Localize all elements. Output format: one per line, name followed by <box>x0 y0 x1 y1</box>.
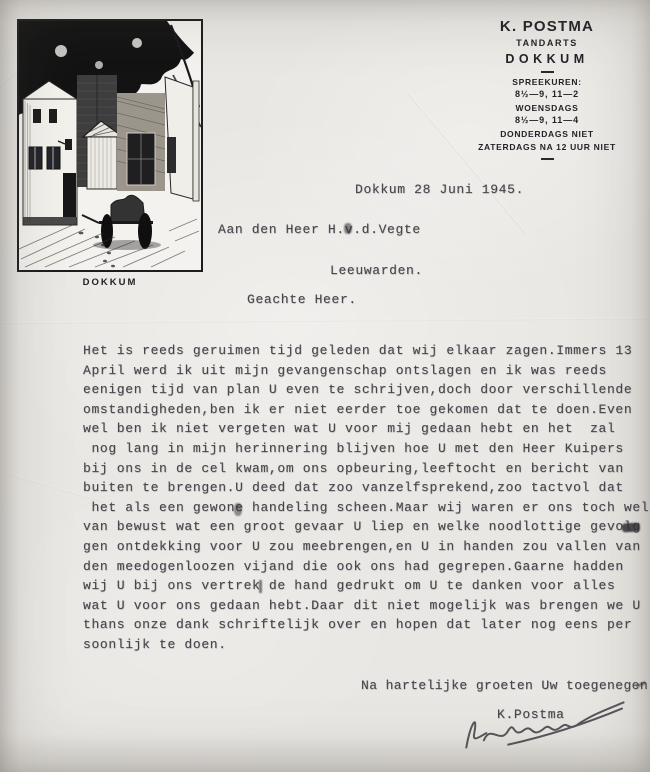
typed-line-14: wat U voor ons gedaan hebt.Daar dit niet… <box>83 596 649 616</box>
typed-line-4: omstandigheden,ben ik er niet eerder toe… <box>83 400 649 420</box>
dokkum-street-etching <box>17 19 203 272</box>
dateline: Dokkum 28 Juni 1945. <box>355 182 524 197</box>
etching-drawing <box>19 21 201 270</box>
salutation: Geachte Heer. <box>247 292 357 307</box>
typed-line-6: nog lang in mijn herinnering blijven hoe… <box>83 439 649 459</box>
letterhead-hours-day: WOENSDAGS <box>456 103 638 113</box>
closing: Na hartelijke groeten Uw toegenegen <box>361 678 648 693</box>
letterhead-divider <box>541 158 554 160</box>
letterhead-divider <box>541 71 554 73</box>
typed-line-15: thans onze dank schriftelijk over en hop… <box>83 615 649 635</box>
typed-line-1: Het is reeds geruimen tijd geleden dat w… <box>83 341 649 361</box>
letterhead-city: DOKKUM <box>456 52 638 66</box>
letterhead-hours-2: 8½—9, 11—4 <box>456 115 638 125</box>
typed-line-5: wel ben ik niet vergeten wat U voor mij … <box>83 419 649 439</box>
addressee: Aan den Heer H.v.d.Vegte <box>218 222 421 237</box>
typed-line-2: April werd ik uit mijn gevangenschap ont… <box>83 361 649 381</box>
letter-body: Het is reeds geruimen tijd geleden dat w… <box>83 341 649 655</box>
etching-caption: DOKKUM <box>17 277 203 288</box>
scanned-letter-page: DOKKUM K. POSTMA TANDARTS DOKKUM SPREEKU… <box>0 0 650 772</box>
typed-line-8: buiten te brengen.U deed dat zoo vanzelf… <box>83 478 649 498</box>
letterhead-closed-1: DONDERDAGS NIET <box>456 129 638 139</box>
letterhead-hours-label: SPREEKUREN: <box>456 77 638 87</box>
letterhead: K. POSTMA TANDARTS DOKKUM SPREEKUREN: 8½… <box>456 18 638 164</box>
addressee-city: Leeuwarden. <box>330 263 423 278</box>
typed-line-12: den meedogenloozen vijand die ook ons ha… <box>83 557 649 577</box>
paper-crease <box>0 317 650 324</box>
typed-line-3: eenigen tijd van plan U even te schrijve… <box>83 380 649 400</box>
letterhead-name: K. POSTMA <box>456 18 638 35</box>
typed-line-11: gen ontdekking voor U zou meebrengen,en … <box>83 537 649 557</box>
letterhead-hours-1: 8½—9, 11—2 <box>456 89 638 99</box>
typed-line-16: soonlijk te doen. <box>83 635 649 655</box>
typed-line-13: wij U bij ons vertrek de hand gedrukt om… <box>83 576 649 596</box>
letterhead-closed-2: ZATERDAGS NA 12 UUR NIET <box>456 142 638 152</box>
typed-line-9: het als een gewone handeling scheen.Maar… <box>83 498 649 518</box>
letterhead-profession: TANDARTS <box>456 38 638 48</box>
typed-line-7: bij ons in de cel kwam,om ons opbeuring,… <box>83 459 649 479</box>
handwritten-signature <box>454 696 637 756</box>
typed-line-10: van bewust wat een groot gevaar U liep e… <box>83 517 649 537</box>
